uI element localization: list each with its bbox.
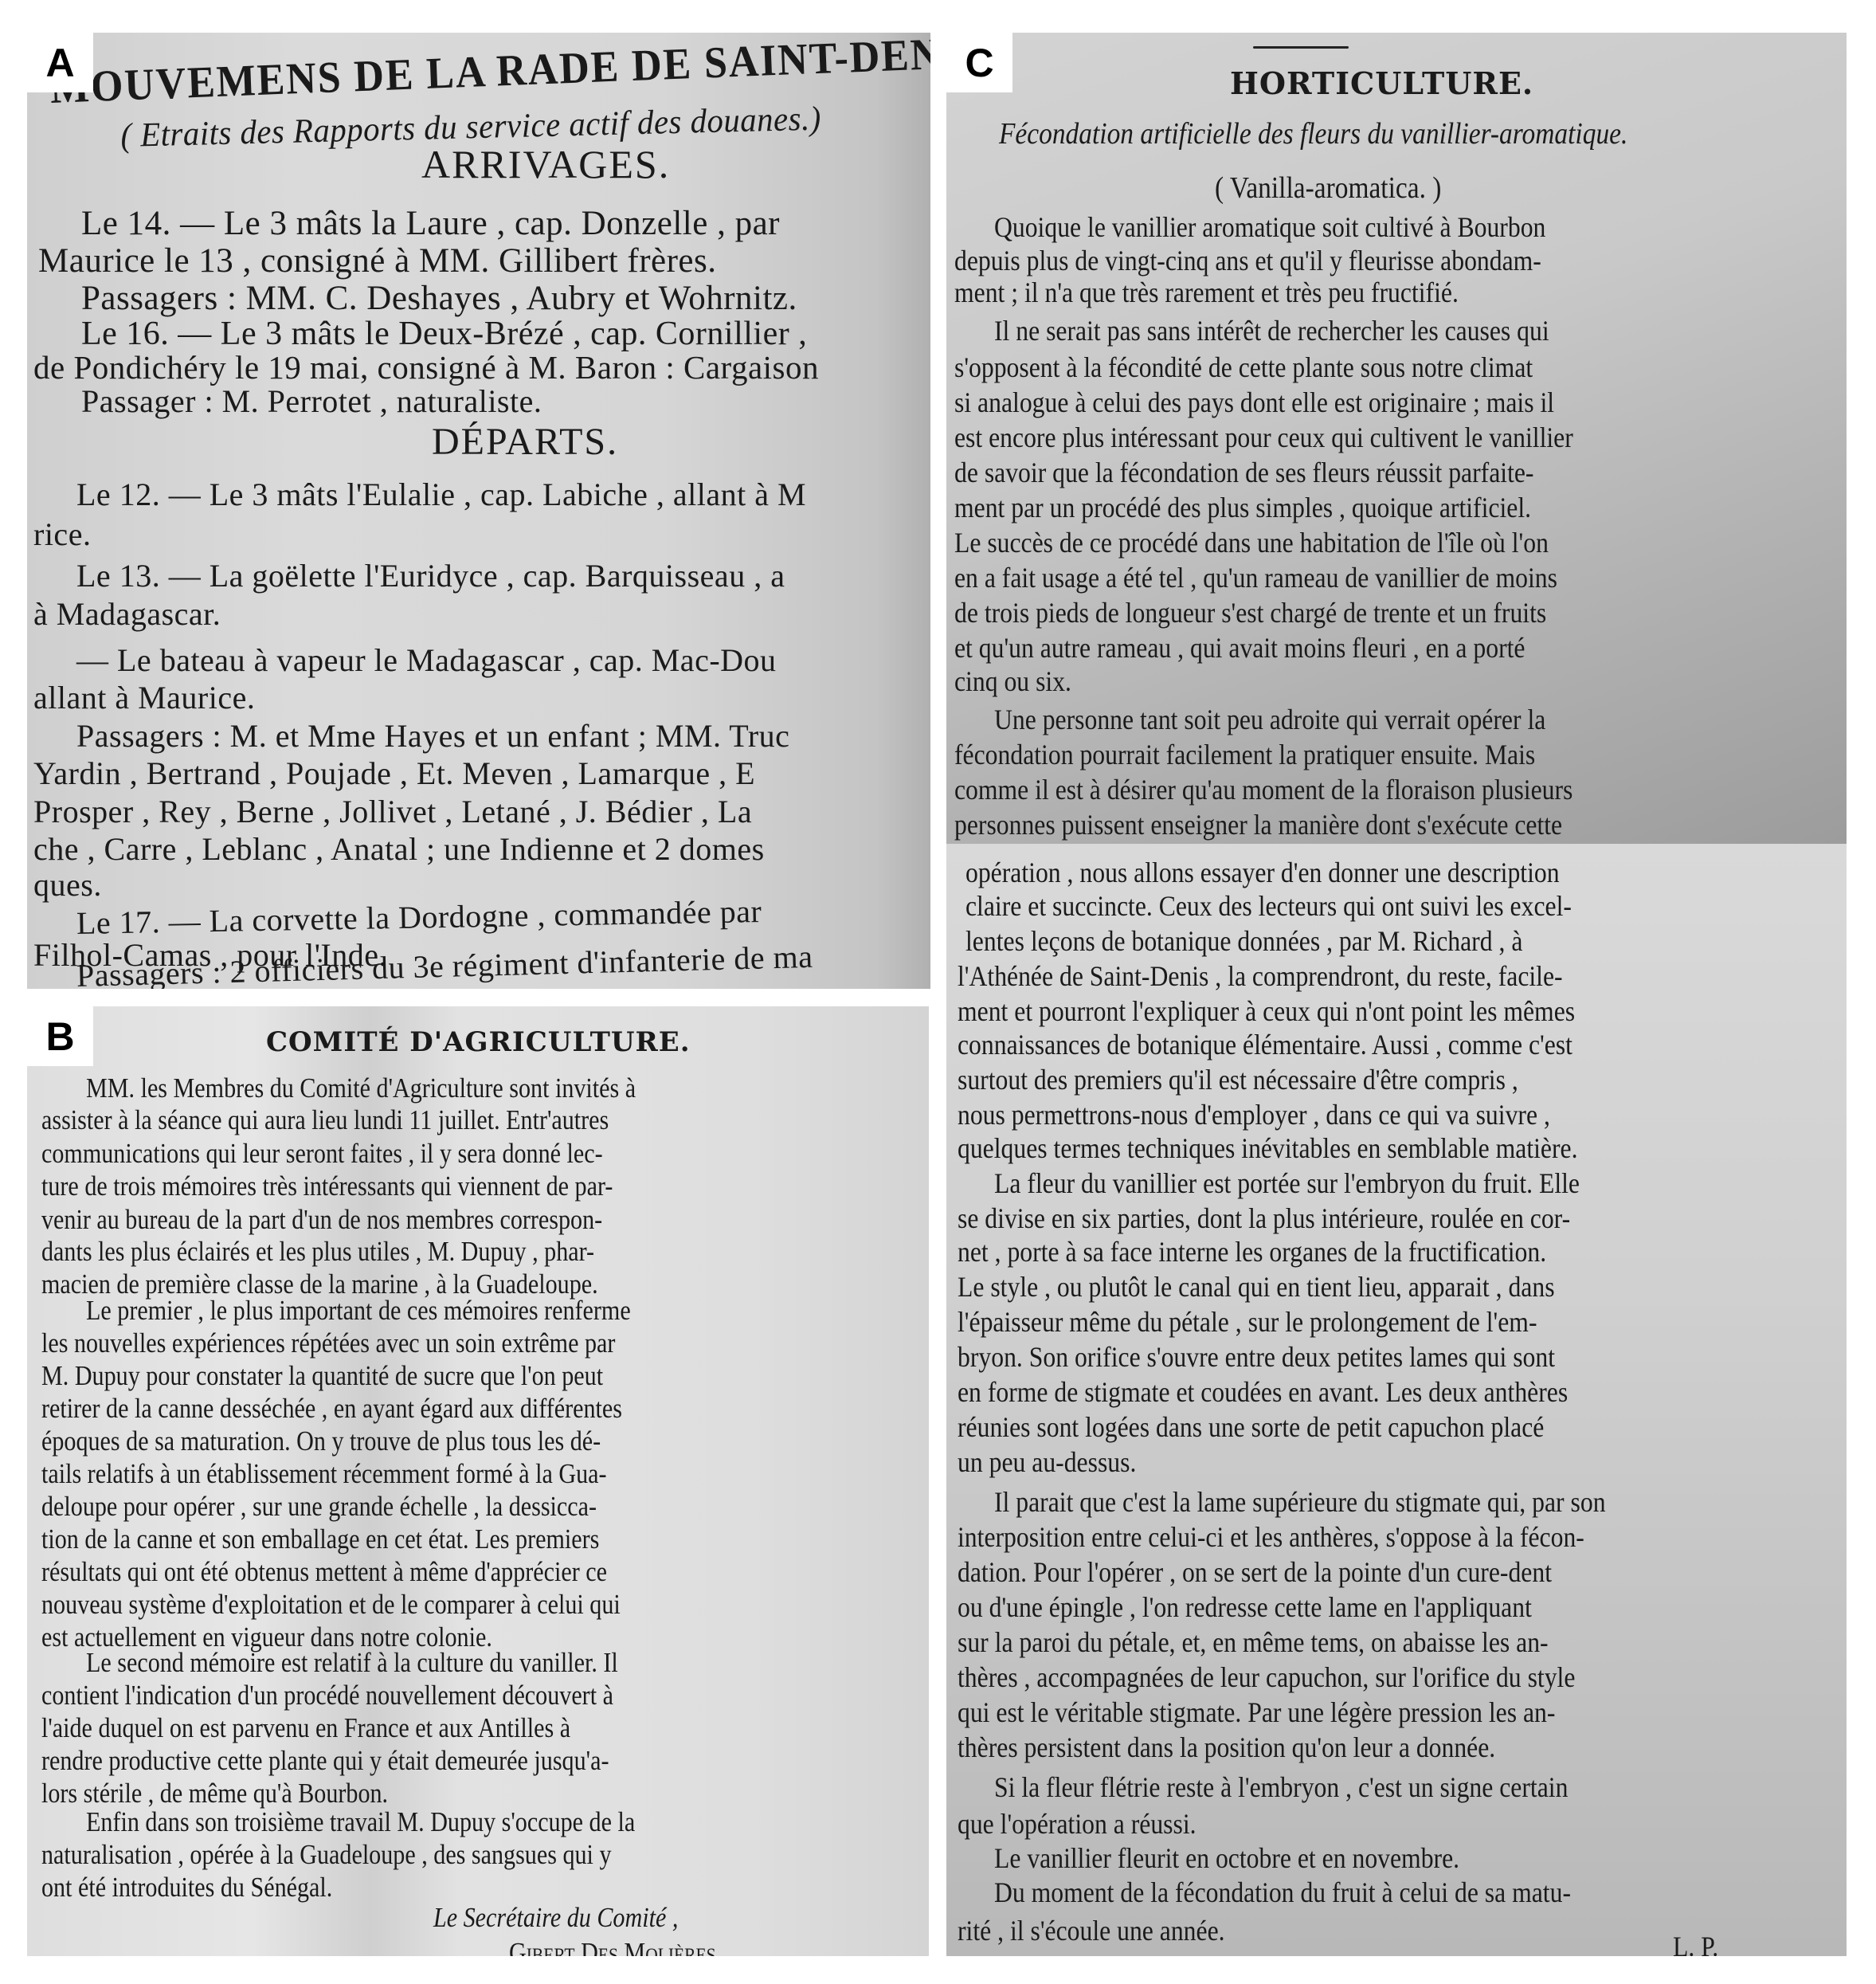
body-line: l'épaisseur même du pétale , sur le prol… (958, 1308, 1537, 1336)
body-line: ment ; il n'a que très rarement et très … (954, 278, 1459, 307)
body-line: si analogue à celui des pays dont elle e… (954, 388, 1554, 417)
body-line: dants les plus éclairés et les plus util… (41, 1237, 594, 1265)
body-line: Quoique le vanillier aromatique soit cul… (994, 213, 1545, 241)
panel-c-title: HORTICULTURE. (1230, 69, 1533, 99)
body-line: les nouvelles expériences répétées avec … (41, 1329, 615, 1357)
departure-line: rice. (33, 519, 91, 551)
panel-c-horticulture-upper: HORTICULTURE. Fécondation artificielle d… (946, 33, 1847, 844)
departure-line: ne. (33, 987, 72, 989)
body-line: M. Dupuy pour constater la quantité de s… (41, 1362, 603, 1390)
body-line: de trois pieds de longueur s'est chargé … (954, 598, 1546, 627)
body-line: lors stérile , de même qu'à Bourbon. (41, 1779, 388, 1807)
panel-label-c: C (946, 33, 1012, 92)
body-line: thères , accompagnées de leur capuchon, … (958, 1663, 1575, 1692)
panel-c-subtitle: Fécondation artificielle des fleurs du v… (999, 119, 1627, 149)
body-line: Il ne serait pas sans intérêt de recherc… (994, 316, 1549, 345)
panel-b-title: COMITÉ D'AGRICULTURE. (266, 1029, 691, 1056)
body-line: ment par un procédé des plus simples , q… (954, 493, 1531, 522)
signature: L. P. (1673, 1932, 1718, 1956)
body-line: deloupe pour opérer , sur une grande éch… (41, 1492, 597, 1520)
body-line: Il parait que c'est la lame supérieure d… (994, 1488, 1606, 1516)
separator-rule (1253, 46, 1349, 49)
departure-line: à Madagascar. (33, 598, 221, 630)
body-line: ou d'une épingle , l'on redresse cette l… (958, 1593, 1532, 1621)
departure-line: Le 12. — Le 3 mâts l'Eulalie , cap. Labi… (76, 479, 806, 511)
latin-name: ( Vanilla-aromatica. ) (1215, 173, 1441, 203)
panel-a-title: MOUVEMENS DE LA RADE DE SAINT-DEN (49, 33, 930, 111)
body-line: rité , il s'écoule une année. (958, 1916, 1225, 1945)
body-line: et qu'un autre rameau , qui avait moins … (954, 633, 1525, 662)
body-line: thères persistent dans la position qu'on… (958, 1733, 1495, 1762)
body-line: fécondation pourrait facilement la prati… (954, 740, 1535, 769)
body-line: Une personne tant soit peu adroite qui v… (994, 705, 1545, 734)
body-line: nous permettrons-nous d'employer , dans … (958, 1100, 1550, 1129)
panel-label-b: B (27, 1006, 93, 1066)
body-line: Enfin dans son troisième travail M. Dupu… (86, 1808, 635, 1836)
body-line: de savoir que la fécondation de ses fleu… (954, 458, 1533, 487)
arrival-line: Maurice le 13 , consigné à MM. Gillibert… (38, 244, 717, 278)
arrival-line: Le 16. — Le 3 mâts le Deux-Brézé , cap. … (81, 317, 807, 351)
body-line: tails relatifs à un établissement récemm… (41, 1460, 607, 1488)
body-line: connaissances de botanique élémentaire. … (958, 1030, 1572, 1059)
body-line: retirer de la canne desséchée , en ayant… (41, 1394, 622, 1422)
body-line: un peu au-dessus. (958, 1448, 1136, 1476)
body-line: Si la fleur flétrie reste à l'embryon , … (994, 1773, 1568, 1802)
body-line: contient l'indication d'un procédé nouve… (41, 1681, 613, 1709)
body-line: MM. les Membres du Comité d'Agriculture … (86, 1074, 636, 1102)
body-line: opération , nous allons essayer d'en don… (965, 858, 1560, 887)
panel-label-a: A (27, 33, 93, 92)
body-line: interposition entre celui-ci et les anth… (958, 1523, 1584, 1551)
panel-b-agriculture-committee: COMITÉ D'AGRICULTURE. MM. les Membres du… (27, 1006, 929, 1956)
body-line: s'opposent à la fécondité de cette plant… (954, 353, 1533, 382)
body-line: ment et pourront l'expliquer à ceux qui … (958, 997, 1575, 1025)
body-line: communications qui leur seront faites , … (41, 1139, 603, 1167)
departure-line: ques. (33, 869, 102, 901)
body-line: naturalisation , opérée à la Guadeloupe … (41, 1841, 611, 1868)
body-line: bryon. Son orifice s'ouvre entre deux pe… (958, 1343, 1555, 1371)
body-line: dation. Pour l'opérer , on se sert de la… (958, 1558, 1552, 1586)
body-line: quelques termes techniques inévitables e… (958, 1134, 1578, 1163)
body-line: résultats qui ont été obtenus mettent à … (41, 1558, 607, 1586)
departure-line: Prosper , Rey , Berne , Jollivet , Letan… (33, 796, 752, 828)
body-line: que l'opération a réussi. (958, 1810, 1196, 1838)
body-line: l'Athénée de Saint-Denis , la comprendro… (958, 962, 1563, 990)
body-line: se divise en six parties, dont la plus i… (958, 1204, 1570, 1233)
departure-line: — Le bateau à vapeur le Madagascar , cap… (76, 645, 777, 676)
body-line: claire et succincte. Ceux des lecteurs q… (965, 892, 1572, 920)
body-line: macien de première classe de la marine ,… (41, 1270, 598, 1298)
body-line: Le style , ou plutôt le canal qui en tie… (958, 1272, 1555, 1301)
body-line: Le premier , le plus important de ces mé… (86, 1296, 631, 1324)
departure-line: che , Carre , Leblanc , Anatal ; une Ind… (33, 833, 765, 865)
body-line: tion de la canne et son emballage en cet… (41, 1525, 599, 1553)
body-line: La fleur du vanillier est portée sur l'e… (994, 1169, 1580, 1198)
signature-name: Gibert Des Molières. (509, 1939, 722, 1956)
arrival-line: de Pondichéry le 19 mai, consigné à M. B… (33, 351, 819, 384)
body-line: l'aide duquel on est parvenu en France e… (41, 1714, 570, 1742)
body-line: est encore plus intéressant pour ceux qu… (954, 423, 1573, 452)
body-line: ont été introduites du Sénégal. (41, 1873, 332, 1901)
body-line: Le vanillier fleurit en octobre et en no… (994, 1844, 1459, 1872)
body-line: Du moment de la fécondation du fruit à c… (994, 1878, 1571, 1907)
departure-line: Le 17. — La corvette la Dordogne , comma… (76, 896, 762, 939)
departures-heading: DÉPARTS. (432, 423, 618, 461)
departure-line: Passagers : M. et Mme Hayes et un enfant… (76, 720, 789, 752)
body-line: époques de sa maturation. On y trouve de… (41, 1427, 601, 1455)
body-line: sur la paroi du pétale, et, en même tems… (958, 1628, 1549, 1657)
body-line: depuis plus de vingt-cinq ans et qu'il y… (954, 246, 1541, 275)
body-line: lentes leçons de botanique données , par… (965, 927, 1522, 955)
body-line: en forme de stigmate et coudées en avant… (958, 1378, 1568, 1406)
body-line: rendre productive cette plante qui y éta… (41, 1747, 609, 1774)
panel-c-horticulture-lower: opération , nous allons essayer d'en don… (946, 844, 1847, 1956)
arrival-line: Le 14. — Le 3 mâts la Laure , cap. Donze… (81, 206, 780, 241)
body-line: Le succès de ce procédé dans une habitat… (954, 528, 1549, 557)
body-line: assister à la séance qui aura lieu lundi… (41, 1106, 609, 1134)
body-line: comme il est à désirer qu'au moment de l… (954, 775, 1572, 804)
arrival-line: Passagers : MM. C. Deshayes , Aubry et W… (81, 281, 797, 316)
departure-line: allant à Maurice. (33, 682, 255, 714)
departure-line: Le 13. — La goëlette l'Euridyce , cap. B… (76, 560, 785, 592)
arrivals-heading: ARRIVAGES. (421, 144, 670, 184)
body-line: ture de trois mémoires très intéressants… (41, 1172, 613, 1200)
body-line: réunies sont logées dans une sorte de pe… (958, 1413, 1544, 1441)
body-line: en a fait usage a été tel , qu'un rameau… (954, 563, 1557, 592)
body-line: venir au bureau de la part d'un de nos m… (41, 1206, 602, 1233)
body-line: Le second mémoire est relatif à la cultu… (86, 1649, 618, 1676)
panel-a-shipping-movements: MOUVEMENS DE LA RADE DE SAINT-DEN ( Etra… (27, 33, 930, 989)
body-line: net , porte à sa face interne les organe… (958, 1237, 1546, 1266)
body-line: nouveau système d'exploitation et de le … (41, 1590, 621, 1618)
departure-line: Yardin , Bertrand , Poujade , Et. Meven … (33, 758, 755, 790)
arrival-line: Passager : M. Perrotet , naturaliste. (81, 386, 542, 418)
body-line: surtout des premiers qu'il est nécessair… (958, 1065, 1518, 1094)
body-line: qui est le véritable stigmate. Par une l… (958, 1698, 1555, 1727)
body-line: personnes puissent enseigner la manière … (954, 810, 1562, 839)
signature-title: Le Secrétaire du Comité , (433, 1904, 678, 1931)
body-line: cinq ou six. (954, 667, 1071, 696)
